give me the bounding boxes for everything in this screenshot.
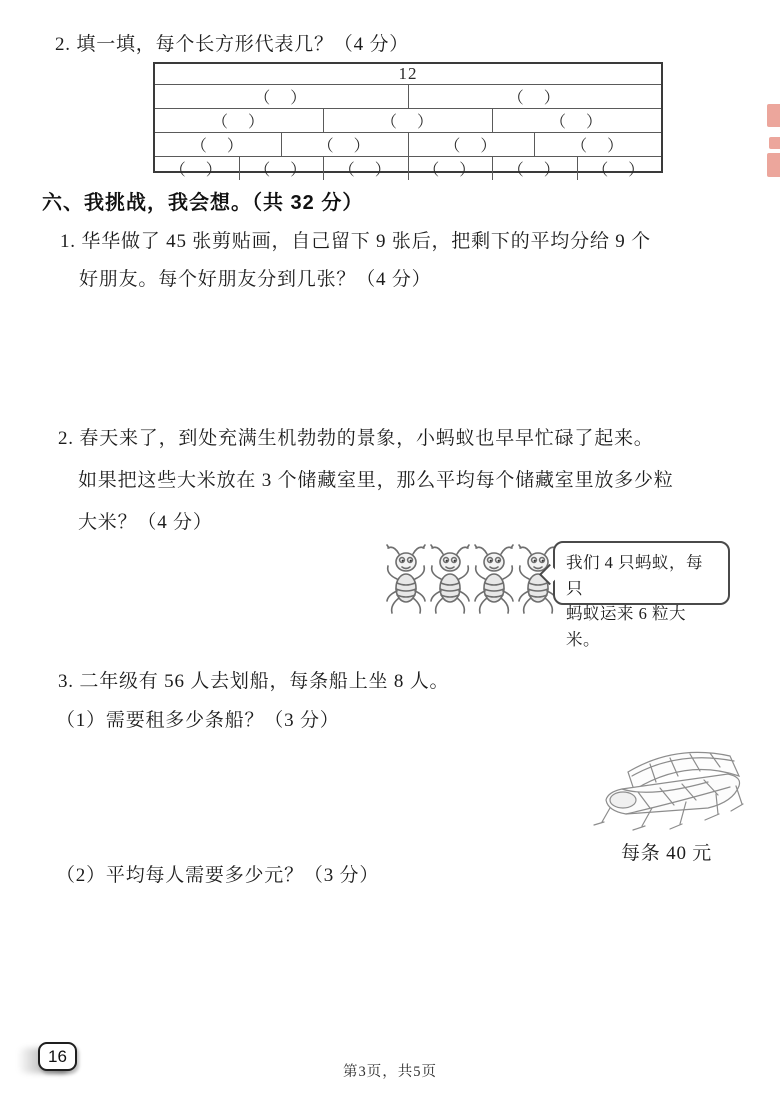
section-title: 六、我挑战，我会想。（共 32 分） (42, 186, 363, 215)
diagram-blank-cell: （ ） (155, 157, 239, 180)
diagram-blank-cell: （ ） (281, 133, 408, 156)
q3-line1: 3. 二年级有 56 人去划船，每条船上坐 8 人。 (58, 666, 449, 693)
diagram-row-halves: （ ） （ ） (155, 84, 661, 108)
ants-illustration (384, 541, 560, 617)
ant-icon (472, 541, 516, 617)
diagram-row-total: 12 (155, 64, 661, 84)
diagram-blank-cell: （ ） (408, 85, 662, 108)
boat-icon (590, 742, 755, 837)
diagram-blank-cell: （ ） (323, 109, 492, 132)
diagram-blank-cell: （ ） (155, 85, 408, 108)
diagram-blank-cell: （ ） (323, 157, 408, 180)
diagram-blank-cell: （ ） (155, 133, 281, 156)
page-number-badge: 16 (38, 1042, 77, 1071)
q1-line2: 好朋友。每个好朋友分到几张？（4 分） (79, 264, 431, 291)
diagram-blank-cell: （ ） (492, 157, 577, 180)
diagram-blank-cell: （ ） (239, 157, 324, 180)
page-footer: 第3页，共5页 (0, 1060, 780, 1081)
worksheet-page: { "page": { "badge": "16", "footer": "第3… (0, 0, 780, 1103)
diagram-row-fourths: （ ） （ ） （ ） （ ） (155, 132, 661, 156)
diagram-blank-cell: （ ） (155, 109, 323, 132)
fill-question-title: 2. 填一填，每个长方形代表几？（4 分） (55, 29, 409, 56)
diagram-blank-cell: （ ） (408, 133, 535, 156)
partition-diagram: 12 （ ） （ ） （ ） （ ） （ ） （ ） （ ） （ ） （ ） （… (153, 62, 663, 173)
ant-icon (384, 541, 428, 617)
q3-part1: （1）需要租多少条船？（3 分） (56, 705, 340, 732)
q2-line2: 如果把这些大米放在 3 个储藏室里，那么平均每个储藏室里放多少粒 (78, 465, 674, 492)
q2-line3: 大米？（4 分） (78, 507, 213, 534)
diagram-row-sixths: （ ） （ ） （ ） （ ） （ ） （ ） (155, 156, 661, 180)
diagram-total-cell: 12 (155, 64, 661, 84)
edge-mark (767, 104, 780, 127)
diagram-blank-cell: （ ） (534, 133, 661, 156)
diagram-row-thirds: （ ） （ ） （ ） (155, 108, 661, 132)
boat-caption: 每条 40 元 (621, 838, 712, 865)
edge-mark (767, 153, 780, 177)
q1-line1: 1. 华华做了 45 张剪贴画，自己留下 9 张后，把剩下的平均分给 9 个 (60, 226, 651, 253)
speech-bubble: 我们 4 只蚂蚁，每只 蚂蚁运来 6 粒大米。 (553, 541, 730, 605)
bubble-line1: 我们 4 只蚂蚁，每只 (566, 550, 719, 601)
bubble-line2: 蚂蚁运来 6 粒大米。 (566, 601, 719, 652)
diagram-blank-cell: （ ） (492, 109, 661, 132)
diagram-blank-cell: （ ） (408, 157, 493, 180)
q3-part2: （2）平均每人需要多少元？（3 分） (56, 860, 379, 887)
q2-line1: 2. 春天来了，到处充满生机勃勃的景象，小蚂蚁也早早忙碌了起来。 (58, 423, 654, 450)
edge-mark (769, 137, 780, 149)
ant-icon (428, 541, 472, 617)
diagram-blank-cell: （ ） (577, 157, 662, 180)
